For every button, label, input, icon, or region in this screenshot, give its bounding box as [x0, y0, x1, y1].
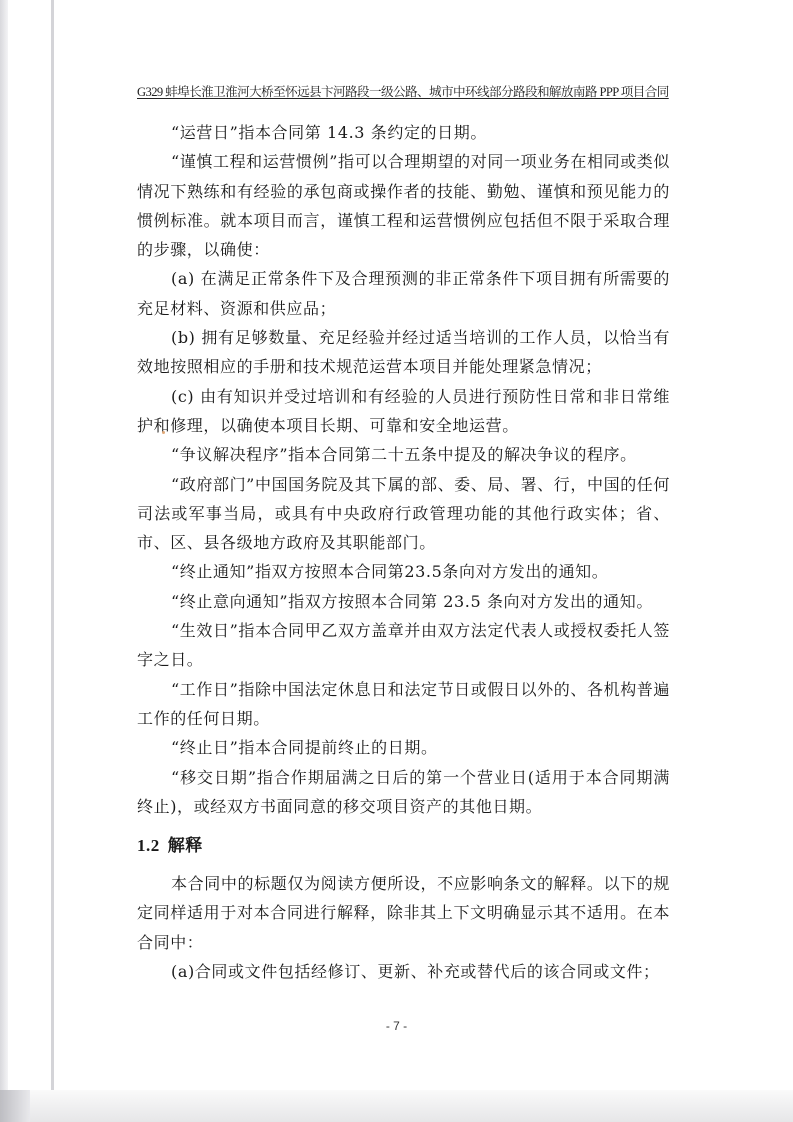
- section-heading: 1.2解释: [137, 831, 203, 856]
- interpretation-section: 本合同中的标题仅为阅读方便所设，不应影响条文的解释。以下的规定同样适用于对本合同…: [137, 869, 670, 986]
- scan-corner-shadow: [0, 1090, 30, 1122]
- definition-dispute-procedure: “争议解决程序”指本合同第二十五条中提及的解决争议的程序。: [137, 440, 670, 469]
- interpretation-item-a: (a)合同或文件包括经修订、更新、补充或替代后的该合同或文件；: [137, 957, 670, 986]
- definition-item-c: (c) 由有知识并受过培训和有经验的人员进行预防性日常和非日常维护和修理，以确使…: [137, 382, 670, 441]
- definition-prudent-practice: “谨慎工程和运营惯例”指可以合理期望的对同一项业务在相同或类似情况下熟练和有经验…: [137, 147, 670, 264]
- page-number: - 7 -: [0, 1019, 793, 1033]
- definition-item-b: (b) 拥有足够数量、充足经验并经过适当培训的工作人员，以恰当有效地按照相应的手…: [137, 323, 670, 382]
- definition-termination-intent-notice: “终止意向通知”指双方按照本合同第 23.5 条向对方发出的通知。: [137, 587, 670, 616]
- scan-fold-line: [51, 0, 54, 1090]
- definition-termination-date: “终止日”指本合同提前终止的日期。: [137, 733, 670, 762]
- definition-operation-day: “运营日”指本合同第 14.3 条约定的日期。: [137, 118, 670, 147]
- scan-speck: [162, 431, 165, 434]
- definition-handover-date: “移交日期”指合作期届满之日后的第一个营业日(适用于本合同期满终止)，或经双方书…: [137, 763, 670, 822]
- document-page: G329 蚌埠长淮卫淮河大桥至怀远县卞河路段一级公路、城市中环线部分路段和解放南…: [0, 0, 793, 1122]
- section-number: 1.2: [137, 836, 160, 855]
- definition-working-day: “工作日”指除中国法定休息日和法定节日或假日以外的、各机构普遍工作的任何日期。: [137, 675, 670, 734]
- definitions-section: “运营日”指本合同第 14.3 条约定的日期。 “谨慎工程和运营惯例”指可以合理…: [137, 118, 670, 821]
- scan-edge-shadow: [0, 0, 8, 1090]
- scan-bottom-shadow: [0, 1090, 793, 1122]
- section-title: 解释: [168, 836, 203, 855]
- definition-item-a: (a) 在满足正常条件下及合理预测的非正常条件下项目拥有所需要的充足材料、资源和…: [137, 264, 670, 323]
- definition-government-department: “政府部门”中国国务院及其下属的部、委、局、署、行，中国的任何司法或军事当局，或…: [137, 470, 670, 558]
- definition-termination-notice: “终止通知”指双方按照本合同第23.5条向对方发出的通知。: [137, 557, 670, 586]
- running-header: G329 蚌埠长淮卫淮河大桥至怀远县卞河路段一级公路、城市中环线部分路段和解放南…: [137, 84, 670, 100]
- interpretation-intro: 本合同中的标题仅为阅读方便所设，不应影响条文的解释。以下的规定同样适用于对本合同…: [137, 869, 670, 957]
- definition-effective-date: “生效日”指本合同甲乙双方盖章并由双方法定代表人或授权委托人签字之日。: [137, 616, 670, 675]
